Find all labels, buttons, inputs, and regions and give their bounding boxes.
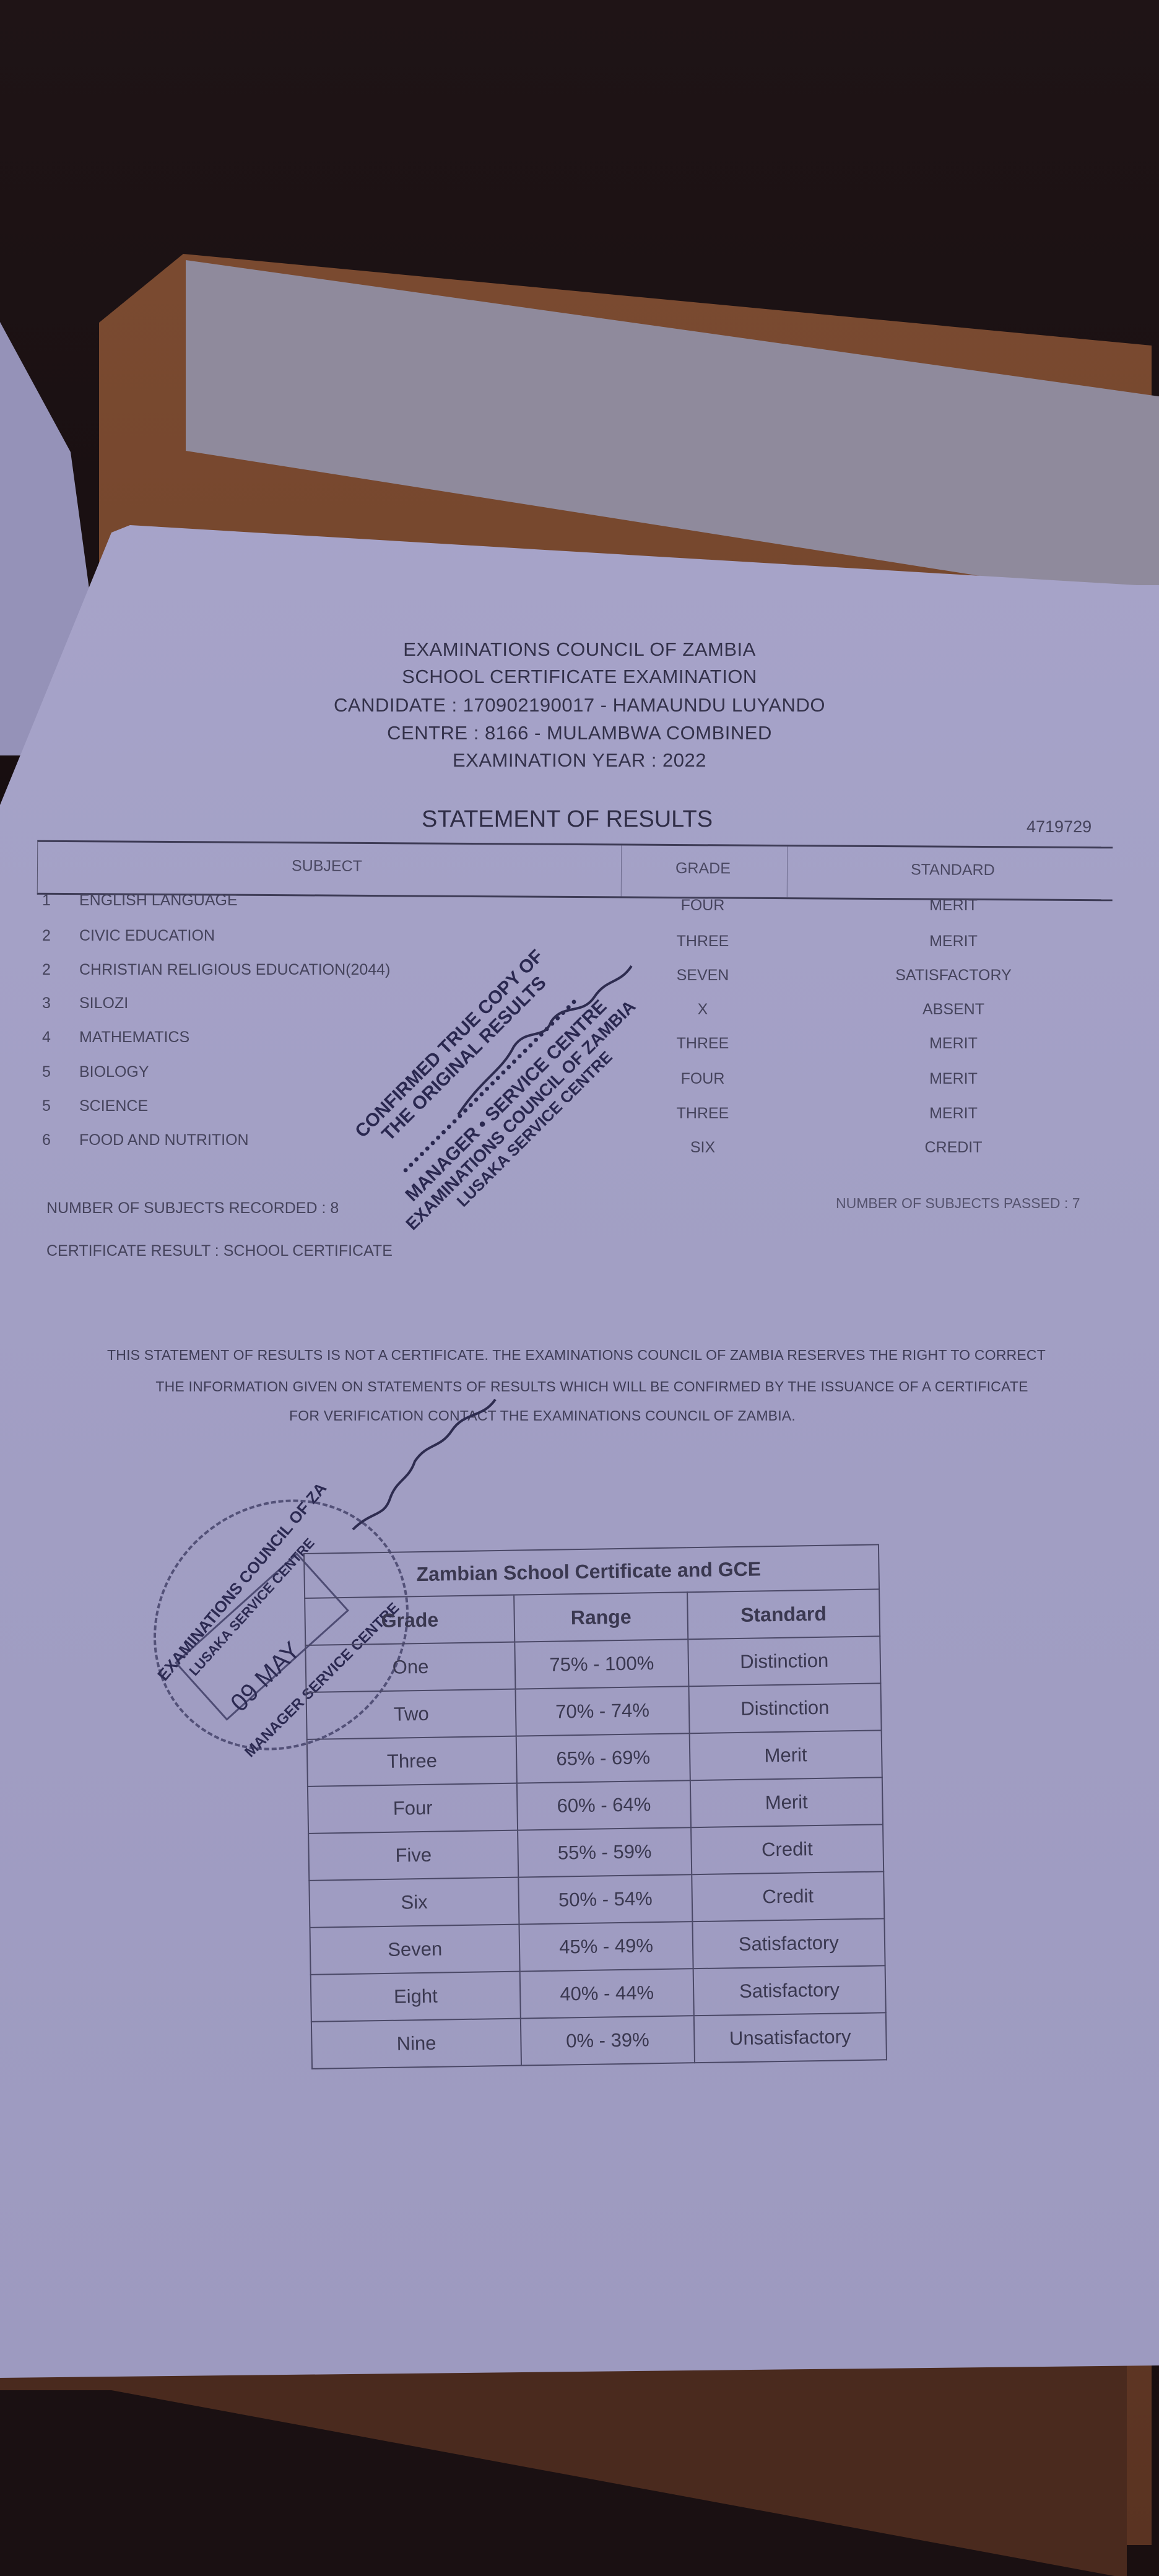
subject-name: MATHEMATICS	[79, 1029, 189, 1046]
subject-name: SILOZI	[79, 994, 128, 1012]
row-number: 4	[42, 1029, 51, 1046]
subject-name: CHRISTIAN RELIGIOUS EDUCATION(2044)	[79, 961, 390, 979]
row-number: 3	[42, 994, 51, 1012]
table-row: Three65% - 69%Merit	[307, 1730, 882, 1786]
standard-value: ABSENT	[854, 1001, 1053, 1019]
column-header-range: Range	[514, 1592, 687, 1642]
grade-name: Five	[308, 1830, 518, 1881]
table-row: Five55% - 59%Credit	[308, 1824, 883, 1881]
column-header-standard: Standard	[687, 1589, 880, 1639]
row-number: 1	[42, 892, 51, 910]
column-header-grade: GRADE	[675, 859, 731, 878]
standard-value: MERIT	[854, 1105, 1053, 1123]
grade-standard: Merit	[689, 1730, 882, 1780]
table-row: 1ENGLISH LANGUAGEFOURMERIT	[0, 892, 1159, 916]
table-row: Nine0% - 39%Unsatisfactory	[311, 2012, 887, 2069]
grade-range: 40% - 44%	[520, 1969, 693, 2018]
subject-name: SCIENCE	[79, 1097, 148, 1115]
grade-range: 75% - 100%	[515, 1639, 688, 1689]
grade-range: 65% - 69%	[516, 1733, 690, 1783]
row-number: 5	[42, 1097, 51, 1115]
exam-name: SCHOOL CERTIFICATE EXAMINATION	[0, 667, 1159, 686]
grade-value: THREE	[644, 933, 762, 951]
candidate-line: CANDIDATE : 170902190017 - HAMAUNDU LUYA…	[0, 695, 1159, 715]
disclaimer-line-2: THE INFORMATION GIVEN ON STATEMENTS OF R…	[12, 1378, 1159, 1395]
grade-range: 0% - 39%	[521, 2016, 694, 2065]
grade-value: X	[644, 1001, 762, 1019]
exam-year: EXAMINATION YEAR : 2022	[0, 751, 1159, 770]
column-divider	[621, 845, 622, 896]
column-header-standard: STANDARD	[911, 861, 995, 879]
grade-standard: Satisfactory	[693, 1965, 885, 2016]
grade-range: 50% - 54%	[519, 1874, 692, 1924]
column-divider	[787, 846, 788, 897]
grade-standard: Distinction	[688, 1683, 881, 1733]
grade-standard: Merit	[690, 1777, 883, 1827]
column-header-subject: SUBJECT	[292, 857, 362, 876]
grade-range: 70% - 74%	[516, 1686, 689, 1736]
row-number: 5	[42, 1063, 51, 1081]
standard-value: MERIT	[854, 1035, 1053, 1053]
grade-name: Two	[306, 1689, 516, 1739]
subject-name: BIOLOGY	[79, 1063, 149, 1081]
standard-value: MERIT	[854, 897, 1053, 915]
subject-name: ENGLISH LANGUAGE	[79, 892, 238, 910]
grade-name: One	[305, 1642, 515, 1692]
standard-value: MERIT	[854, 1070, 1053, 1088]
grade-standard: Satisfactory	[692, 1918, 885, 1969]
disclaimer-line-1: THIS STATEMENT OF RESULTS IS NOT A CERTI…	[0, 1347, 1156, 1364]
subject-name: FOOD AND NUTRITION	[79, 1131, 249, 1149]
reference-number: 4719729	[1027, 817, 1092, 837]
certificate-result: CERTIFICATE RESULT : SCHOOL CERTIFICATE	[46, 1242, 393, 1260]
grade-name: Four	[308, 1783, 518, 1834]
table-row: Two70% - 74%Distinction	[306, 1683, 882, 1739]
table-row: Four60% - 64%Merit	[308, 1777, 883, 1834]
grade-range: 60% - 64%	[517, 1780, 690, 1830]
centre-line: CENTRE : 8166 - MULAMBWA COMBINED	[0, 723, 1159, 742]
grade-standard: Credit	[691, 1824, 883, 1874]
subjects-passed: NUMBER OF SUBJECTS PASSED : 7	[836, 1195, 1080, 1212]
grade-name: Seven	[310, 1925, 520, 1975]
page-title: STATEMENT OF RESULTS	[0, 806, 1147, 833]
grade-value: SIX	[644, 1139, 762, 1157]
table-row: Seven45% - 49%Satisfactory	[310, 1918, 885, 1975]
disclaimer-line-3: FOR VERIFICATION CONTACT THE EXAMINATION…	[0, 1408, 1122, 1424]
row-number: 6	[42, 1131, 51, 1149]
standard-value: SATISFACTORY	[854, 967, 1053, 985]
grading-scale-table: Zambian School Certificate and GCE Grade…	[303, 1544, 887, 2069]
grade-range: 45% - 49%	[519, 1921, 693, 1971]
grade-standard: Unsatisfactory	[693, 2012, 886, 2063]
row-number: 2	[42, 961, 51, 979]
table-row: Eight40% - 44%Satisfactory	[311, 1965, 886, 2022]
grade-standard: Credit	[692, 1871, 884, 1921]
standard-value: MERIT	[854, 933, 1053, 951]
column-header-grade: Grade	[305, 1595, 514, 1645]
subjects-recorded: NUMBER OF SUBJECTS RECORDED : 8	[46, 1199, 339, 1217]
subject-name: CIVIC EDUCATION	[79, 927, 215, 945]
grade-name: Eight	[311, 1972, 521, 2022]
grade-value: FOUR	[644, 897, 762, 915]
table-row: One75% - 100%Distinction	[305, 1636, 880, 1692]
standard-value: CREDIT	[854, 1139, 1053, 1157]
grade-name: Three	[307, 1736, 517, 1786]
issuer-name: EXAMINATIONS COUNCIL OF ZAMBIA	[0, 640, 1159, 659]
grade-value: SEVEN	[644, 967, 762, 985]
grade-name: Nine	[311, 2019, 521, 2069]
row-number: 2	[42, 927, 51, 945]
grade-range: 55% - 59%	[518, 1827, 691, 1877]
table-row: Six50% - 54%Credit	[309, 1871, 884, 1928]
grade-name: Six	[309, 1878, 519, 1928]
grade-standard: Distinction	[688, 1636, 880, 1686]
